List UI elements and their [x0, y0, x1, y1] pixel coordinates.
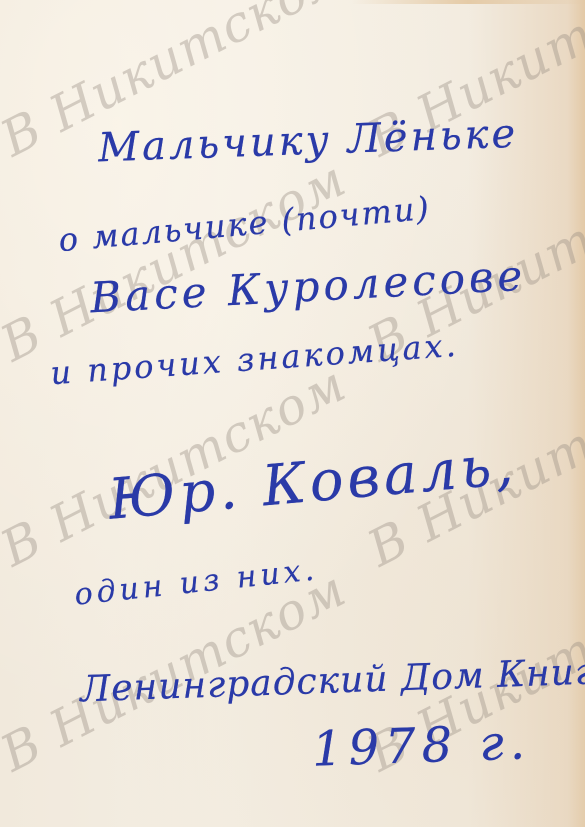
- inscription-line-one-of-them: один из них.: [73, 552, 320, 612]
- paper-page: В Никитском В Никитском В Никитском В Ни…: [0, 0, 585, 827]
- inscription-line-dedication: Мальчику Лёньке: [97, 111, 519, 172]
- inscription-date: 1978 г.: [311, 714, 532, 778]
- inscription-line-vasya: Васе Куролесове: [89, 251, 527, 323]
- inscription-line-about-boy: о мальчике (почти): [57, 189, 432, 259]
- inscription-signature: Юр. Коваль,: [106, 432, 519, 532]
- inscription-line-acquaintances: и прочих знакомцах.: [49, 326, 460, 392]
- inscription-place: Ленинградский Дом Книги: [79, 651, 585, 711]
